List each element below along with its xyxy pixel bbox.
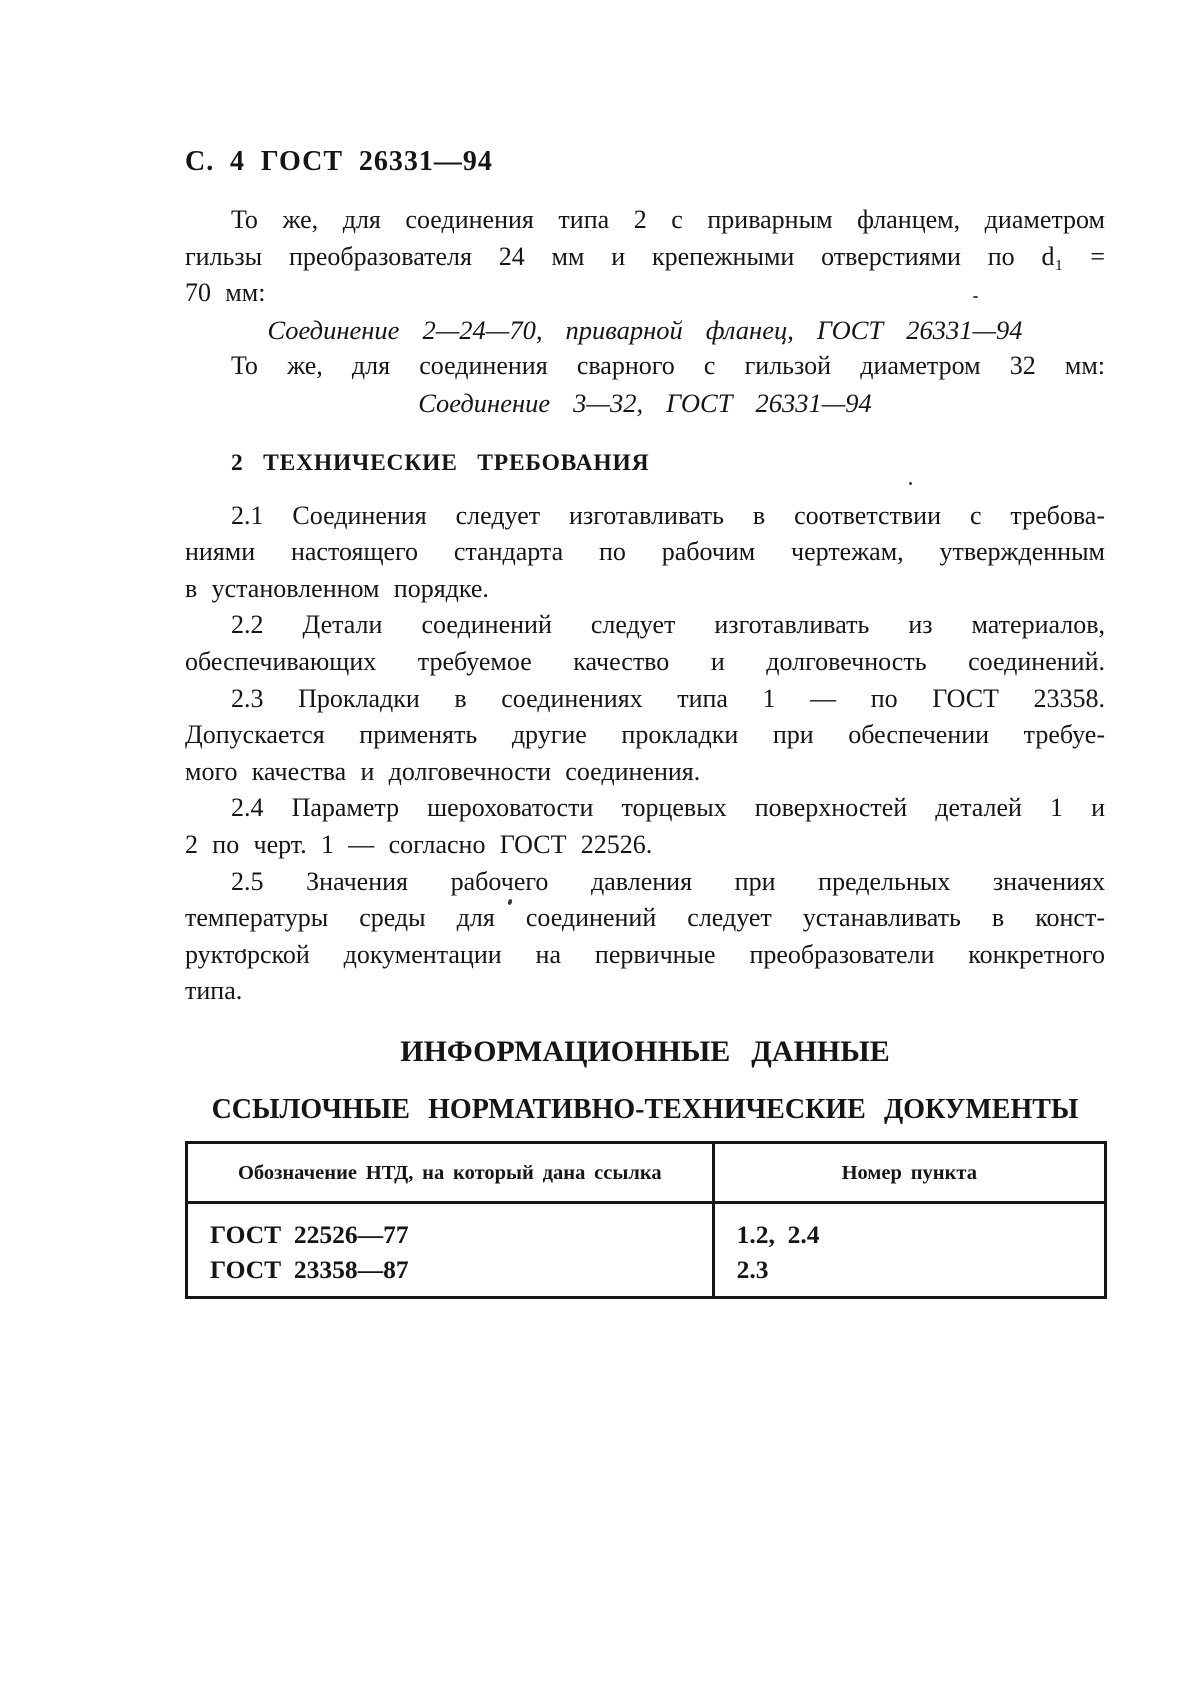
designation-line: Соединение 3—32, ГОСТ 26331—94 bbox=[185, 385, 1105, 422]
paragraph-line: 70 мм: bbox=[185, 275, 1105, 312]
table-header-row: Обозначение НТД, на который дана ссылка … bbox=[187, 1142, 1106, 1202]
clause-line: 2.5 Значения рабочего давления при преде… bbox=[185, 864, 1105, 901]
designation-line: Соединение 2—24—70, приварной фланец, ГО… bbox=[185, 312, 1105, 349]
table-row: ГОСТ 23358—87 2.3 bbox=[187, 1252, 1106, 1298]
scan-speck bbox=[909, 482, 912, 485]
clause-line: температуры среды для соединений следует… bbox=[185, 900, 1105, 937]
references-table-head: Обозначение НТД, на который дана ссылка … bbox=[187, 1142, 1106, 1202]
references-table: Обозначение НТД, на который дана ссылка … bbox=[185, 1141, 1107, 1299]
clause-line: 2.1 Соединения следует изготавливать в с… bbox=[185, 498, 1105, 535]
scan-speck bbox=[973, 296, 978, 298]
paragraph-line: То же, для соединения типа 2 с приварным… bbox=[185, 202, 1105, 239]
clause-line: в установленном порядке. bbox=[185, 571, 1105, 608]
references-table-body: ГОСТ 22526—77 1.2, 2.4 ГОСТ 23358—87 2.3 bbox=[187, 1202, 1106, 1297]
clause-line: обеспечивающих требуемое качество и долг… bbox=[185, 644, 1105, 681]
clause-line: 2.4 Параметр шероховатости торцевых пове… bbox=[185, 790, 1105, 827]
clause-line: ниями настоящего стандарта по рабочим че… bbox=[185, 534, 1105, 571]
section-heading: 2 ТЕХНИЧЕСКИЕ ТРЕБОВАНИЯ bbox=[231, 449, 1105, 477]
page-content: С. 4 ГОСТ 26331—94 То же, для соединения… bbox=[185, 0, 1105, 1299]
paragraph-line: То же, для соединения сварного с гильзой… bbox=[185, 348, 1105, 385]
scan-speck bbox=[243, 949, 246, 952]
clause-line: 2.3 Прокладки в соединениях типа 1 — по … bbox=[185, 681, 1105, 718]
table-cell-ntd: ГОСТ 23358—87 bbox=[187, 1252, 714, 1298]
running-header: С. 4 ГОСТ 26331—94 bbox=[185, 146, 1105, 178]
clause-line: типа. bbox=[185, 973, 1105, 1010]
table-cell-clause: 1.2, 2.4 bbox=[713, 1202, 1105, 1252]
clause-line: рукторской документации на первичные пре… bbox=[185, 937, 1105, 974]
table-cell-ntd: ГОСТ 22526—77 bbox=[187, 1202, 714, 1252]
table-header-clause-number: Номер пункта bbox=[713, 1142, 1105, 1202]
document-page: С. 4 ГОСТ 26331—94 То же, для соединения… bbox=[0, 0, 1189, 1681]
table-cell-clause: 2.3 bbox=[713, 1252, 1105, 1298]
paragraph-line: гильзы преобразователя 24 мм и крепежным… bbox=[185, 239, 1105, 276]
table-row: ГОСТ 22526—77 1.2, 2.4 bbox=[187, 1202, 1106, 1252]
clause-line: 2.2 Детали соединений следует изготавлив… bbox=[185, 607, 1105, 644]
info-data-heading: ИНФОРМАЦИОННЫЕ ДАННЫЕ bbox=[185, 1033, 1105, 1071]
clause-line: 2 по черт. 1 — согласно ГОСТ 22526. bbox=[185, 827, 1105, 864]
table-header-ntd: Обозначение НТД, на который дана ссылка bbox=[187, 1142, 714, 1202]
clause-line: Допускается применять другие прокладки п… bbox=[185, 717, 1105, 754]
reference-docs-heading: ССЫЛОЧНЫЕ НОРМАТИВНО-ТЕХНИЧЕСКИЕ ДОКУМЕН… bbox=[185, 1091, 1105, 1129]
clause-line: мого качества и долговечности соединения… bbox=[185, 754, 1105, 791]
